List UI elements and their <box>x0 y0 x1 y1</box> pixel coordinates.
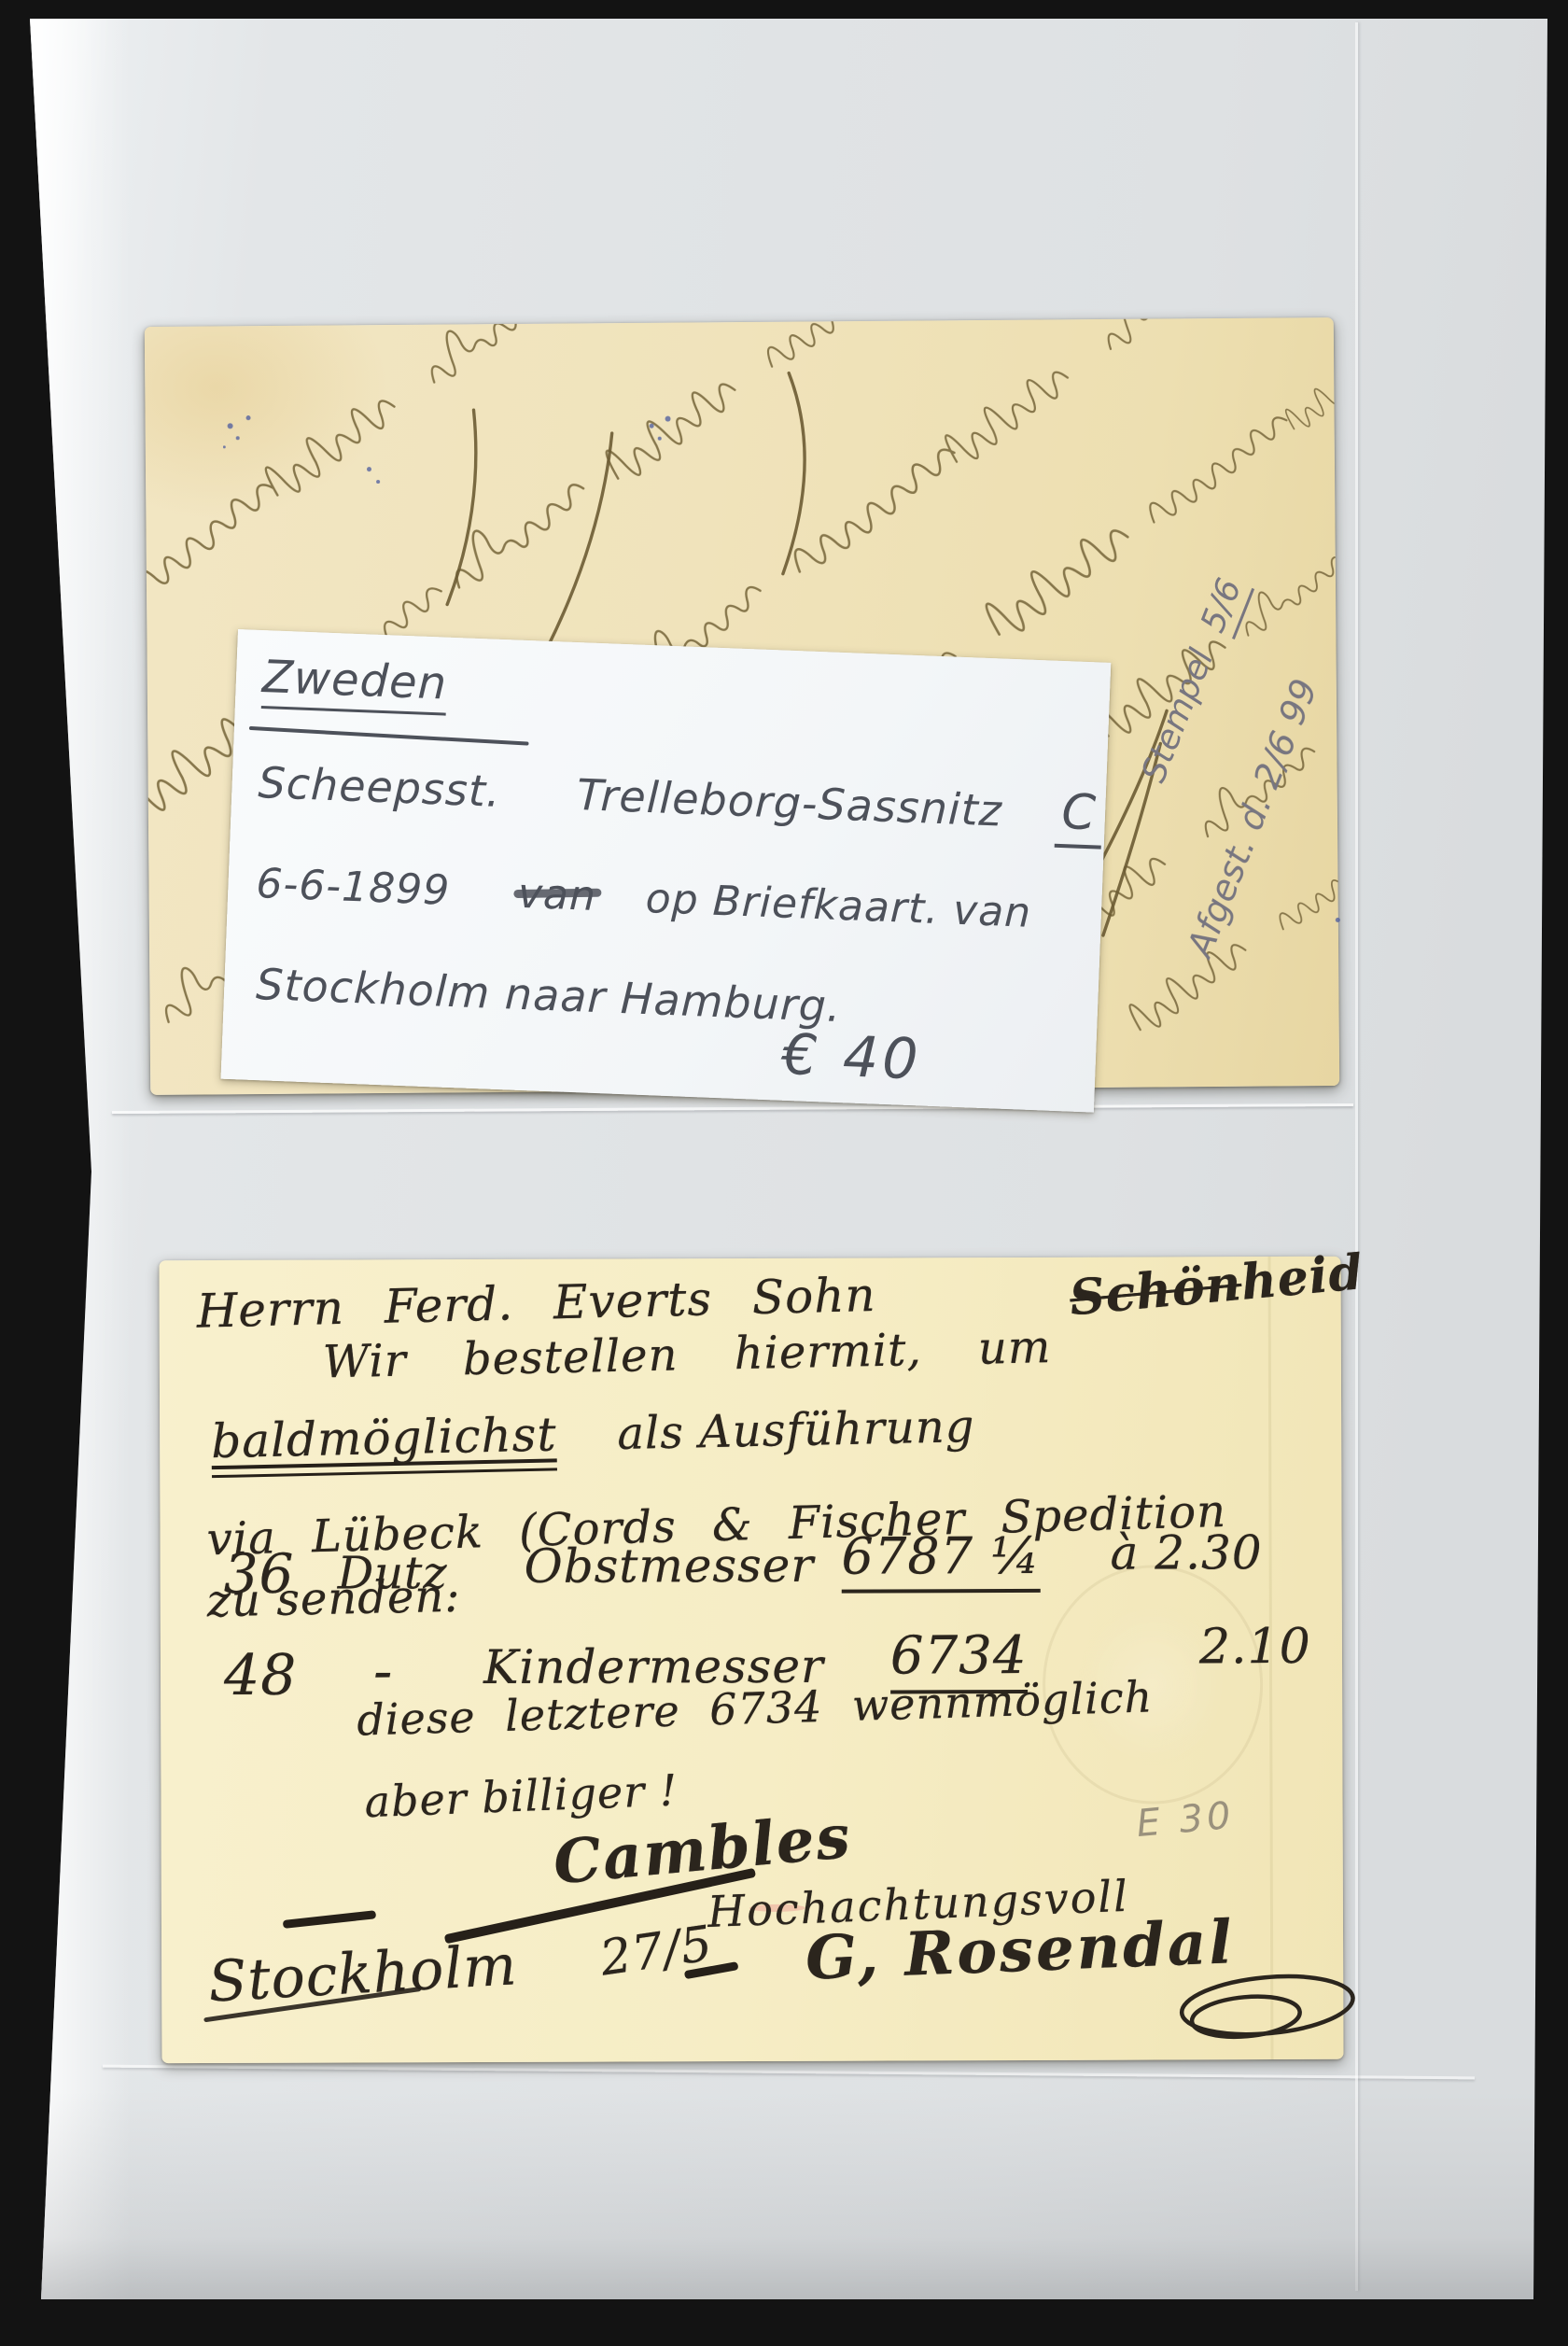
sleeve-crease-between-cards <box>112 1103 1353 1114</box>
order2-price: 2.10 <box>1199 1619 1311 1675</box>
order1-qty: 36 <box>224 1542 295 1606</box>
order1-item: Obstmesser <box>525 1538 815 1594</box>
label-price: € 40 <box>781 1022 923 1093</box>
order1-article-no: 6787 ¼ <box>842 1526 1041 1594</box>
label-date-rest: op Briefkaart. van <box>645 875 1032 937</box>
ink-speck <box>665 416 671 422</box>
label-scheepsst: Scheepsst. <box>258 757 502 817</box>
sleeve-fold-right <box>1355 22 1358 2291</box>
dealer-label: Zweden Scheepsst. Trelleborg-Sassnitz C … <box>220 629 1111 1113</box>
message-line3: baldmöglichst als Ausführung <box>211 1398 975 1468</box>
photo-of-postal-cards: Stempel 5/6 Afgest. d. 2/6 99 Zweden Sch… <box>0 0 1568 2346</box>
ink-speck <box>223 445 226 448</box>
label-country-second-underline <box>249 726 529 746</box>
baldmoeglichst-underlined: baldmöglichst <box>211 1407 558 1478</box>
order1-price: à 2.30 <box>1111 1525 1263 1580</box>
sleeve-crease-below-bottom-card <box>103 2065 1475 2080</box>
bottom-postcard: Herrn Ferd. Everts Sohn Schönheid Wir be… <box>160 1257 1344 2063</box>
label-country: Zweden <box>261 651 448 710</box>
message-line9: aber billiger ! <box>364 1764 679 1827</box>
message-line8: diese letztere 6734 wennmöglich <box>357 1671 1154 1745</box>
label-description-line: Scheepsst. Trelleborg-Sassnitz C <box>258 753 1103 842</box>
pencil-price-e30: E 30 <box>1135 1794 1237 1846</box>
dash-above-place <box>283 1910 376 1929</box>
ink-speck <box>1336 918 1340 922</box>
label-route-letter: C <box>1055 784 1103 850</box>
label-crossed-out-word: van <box>517 870 597 920</box>
ink-speck <box>376 480 380 484</box>
label-date: 6-6-1899 <box>256 860 452 915</box>
message-line3-rest: als Ausführung <box>617 1400 975 1460</box>
ink-speck <box>246 415 251 420</box>
ink-speck <box>236 436 240 440</box>
place-stockholm: Stockholm <box>206 1932 519 2015</box>
sleeve-bottom-shading <box>0 2091 1568 2299</box>
label-route: Trelleborg-Sassnitz <box>576 769 1003 836</box>
ink-speck <box>367 467 371 471</box>
overwritten-part2: heid <box>1239 1243 1365 1312</box>
label-route-cities: Stockholm naar Hamburg. <box>255 959 842 1032</box>
ink-speck <box>650 424 654 428</box>
ink-speck <box>658 437 662 441</box>
order1-unit: Dutz <box>338 1547 448 1599</box>
order2-qty: 48 <box>224 1643 298 1708</box>
overwritten-part: Schön <box>1067 1255 1243 1327</box>
label-country-text: Zweden <box>261 651 448 716</box>
sleeve-edge-highlight <box>28 19 131 2299</box>
ink-speck <box>228 423 233 428</box>
label-date-line: 6-6-1899 van op Briefkaart. van <box>256 860 1032 937</box>
signature-paraph-flourish <box>1171 1960 1365 2060</box>
